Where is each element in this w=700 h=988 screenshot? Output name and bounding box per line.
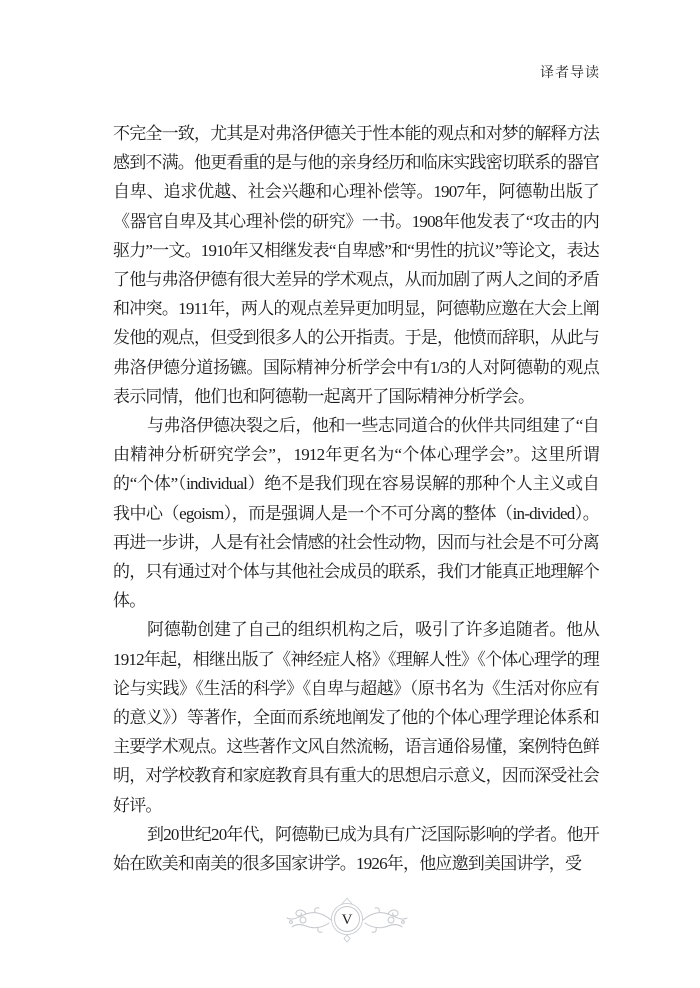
paragraph: 与弗洛伊德决裂之后，他和一些志同道合的伙伴共同组建了“自由精神分析研究学会”，1… [113,411,599,615]
page-footer: V [285,897,409,943]
paragraph: 不完全一致，尤其是对弗洛伊德关于性本能的观点和对梦的解释方法感到不满。他更看重的… [113,119,599,411]
running-head: 译者导读 [540,62,600,82]
body-text: 不完全一致，尤其是对弗洛伊德关于性本能的观点和对梦的解释方法感到不满。他更看重的… [113,119,599,878]
paragraph: 到20世纪20年代，阿德勒已成为具有广泛国际影响的学者。他开始在欧美和南美的很多… [113,820,599,878]
paragraph: 阿德勒创建了自己的组织机构之后，吸引了许多追随者。他从1912年起，相继出版了《… [113,615,599,819]
page-number: V [285,897,409,943]
